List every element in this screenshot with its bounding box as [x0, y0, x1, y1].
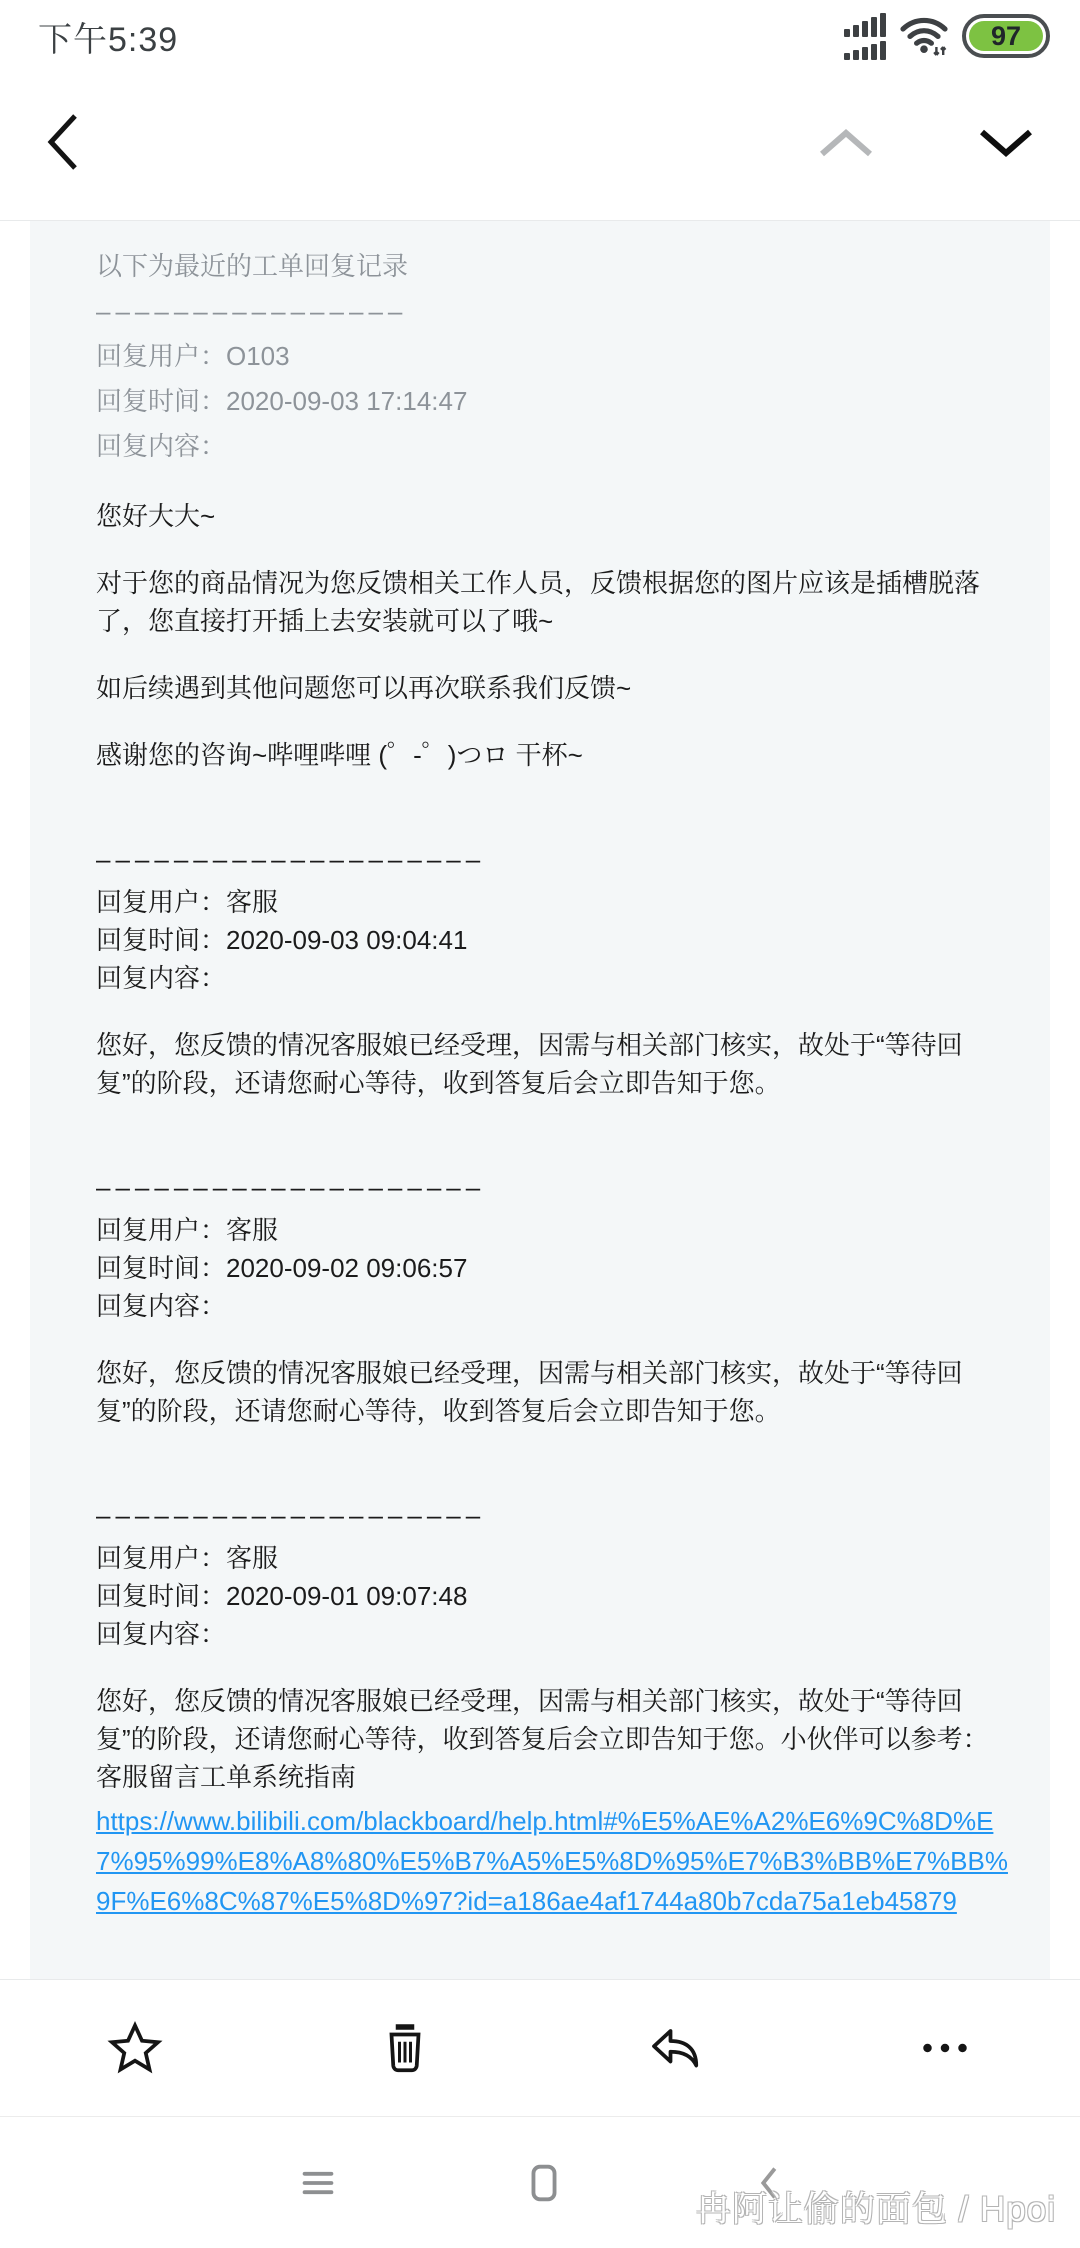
- reply-record-2: –––––––––––––––––––– 回复用户：客服 回复时间：2020-0…: [96, 840, 1010, 1102]
- app-bar: [0, 66, 1080, 220]
- menu-icon: [295, 2160, 341, 2209]
- message-paragraph: 您好大大~: [96, 497, 1010, 535]
- message-paragraph: 如后续遇到其他问题您可以再次联系我们反馈~: [96, 669, 1010, 707]
- message-paragraph: 您好，您反馈的情况客服娘已经受理，因需与相关部门核实，故处于“等待回复”的阶段，…: [96, 1682, 1010, 1796]
- help-link[interactable]: https://www.bilibili.com/blackboard/help…: [96, 1801, 1010, 1921]
- mail-body[interactable]: 以下为最近的工单回复记录 –––––––––––––––– 回复用户：O103 …: [30, 221, 1050, 1979]
- next-message-button[interactable]: [976, 124, 1036, 164]
- reply-button[interactable]: [540, 1980, 810, 2116]
- reply-content-label: 回复内容：: [96, 1615, 1010, 1653]
- chevron-up-icon: [817, 127, 875, 162]
- reply-time: 回复时间：2020-09-01 09:07:48: [96, 1577, 1010, 1615]
- reply-user: 回复用户：O103: [96, 337, 1010, 375]
- chevron-left-icon: [39, 110, 85, 177]
- reply-record-4: –––––––––––––––––––– 回复用户：客服 回复时间：2020-0…: [96, 1496, 1010, 1921]
- home-icon: [521, 2160, 567, 2209]
- star-icon: [105, 2018, 165, 2078]
- wifi-icon: [898, 10, 950, 63]
- separator: ––––––––––––––––––––: [96, 1496, 1010, 1534]
- message-paragraph: 您好，您反馈的情况客服娘已经受理，因需与相关部门核实，故处于“等待回复”的阶段，…: [96, 1354, 1010, 1430]
- status-bar: 下午5:39: [0, 0, 1080, 66]
- separator: ––––––––––––––––––––: [96, 840, 1010, 878]
- reply-time: 回复时间：2020-09-03 17:14:47: [96, 382, 1010, 420]
- previous-message-button[interactable]: [816, 124, 876, 164]
- back-button[interactable]: [30, 110, 94, 176]
- battery-indicator: 97: [962, 14, 1050, 58]
- battery-percent: 97: [991, 21, 1021, 52]
- separator: ––––––––––––––––: [96, 292, 1010, 330]
- reply-user: 回复用户：客服: [96, 1211, 1010, 1249]
- message-paragraph: 对于您的商品情况为您反馈相关工作人员，反馈根据您的图片应该是插槽脱落了，您直接打…: [96, 564, 1010, 640]
- intro-note: 以下为最近的工单回复记录: [96, 247, 1010, 285]
- reply-icon: [645, 2018, 705, 2078]
- reply-content-label: 回复内容：: [96, 427, 1010, 465]
- separator: ––––––––––––––––––––: [96, 1168, 1010, 1206]
- reply-content-label: 回复内容：: [96, 1287, 1010, 1325]
- phone-screen: 下午5:39: [0, 0, 1080, 2248]
- reply-record-3: –––––––––––––––––––– 回复用户：客服 回复时间：2020-0…: [96, 1168, 1010, 1430]
- watermark: 冉阿让偷的面包 / Hpoi: [696, 2182, 1056, 2232]
- favorite-button[interactable]: [0, 1980, 270, 2116]
- reply-user: 回复用户：客服: [96, 883, 1010, 921]
- reply-record-1-body: 您好大大~ 对于您的商品情况为您反馈相关工作人员，反馈根据您的图片应该是插槽脱落…: [96, 497, 1010, 774]
- delete-button[interactable]: [270, 1980, 540, 2116]
- nav-home-button[interactable]: [516, 2154, 572, 2214]
- more-button[interactable]: [810, 1980, 1080, 2116]
- nav-menu-button[interactable]: [290, 2154, 346, 2214]
- reply-content-label: 回复内容：: [96, 959, 1010, 997]
- ellipsis-icon: [915, 2018, 975, 2078]
- ticket-intro-block: 以下为最近的工单回复记录 –––––––––––––––– 回复用户：O103 …: [96, 247, 1010, 465]
- message-paragraph: 您好，您反馈的情况客服娘已经受理，因需与相关部门核实，故处于“等待回复”的阶段，…: [96, 1026, 1010, 1102]
- reply-time: 回复时间：2020-09-02 09:06:57: [96, 1249, 1010, 1287]
- mail-body-container: 以下为最近的工单回复记录 –––––––––––––––– 回复用户：O103 …: [0, 221, 1080, 1979]
- reply-user: 回复用户：客服: [96, 1539, 1010, 1577]
- reply-time: 回复时间：2020-09-03 09:04:41: [96, 921, 1010, 959]
- cellular-signal-icon: [844, 13, 886, 60]
- message-paragraph: 感谢您的咨询~哔哩哔哩 (゜-゜)つロ 干杯~: [96, 736, 1010, 774]
- trash-icon: [375, 2018, 435, 2078]
- bottom-toolbar: [0, 1979, 1080, 2117]
- status-time: 下午5:39: [38, 12, 178, 61]
- chevron-down-icon: [977, 127, 1035, 162]
- status-icons: 97: [844, 10, 1050, 63]
